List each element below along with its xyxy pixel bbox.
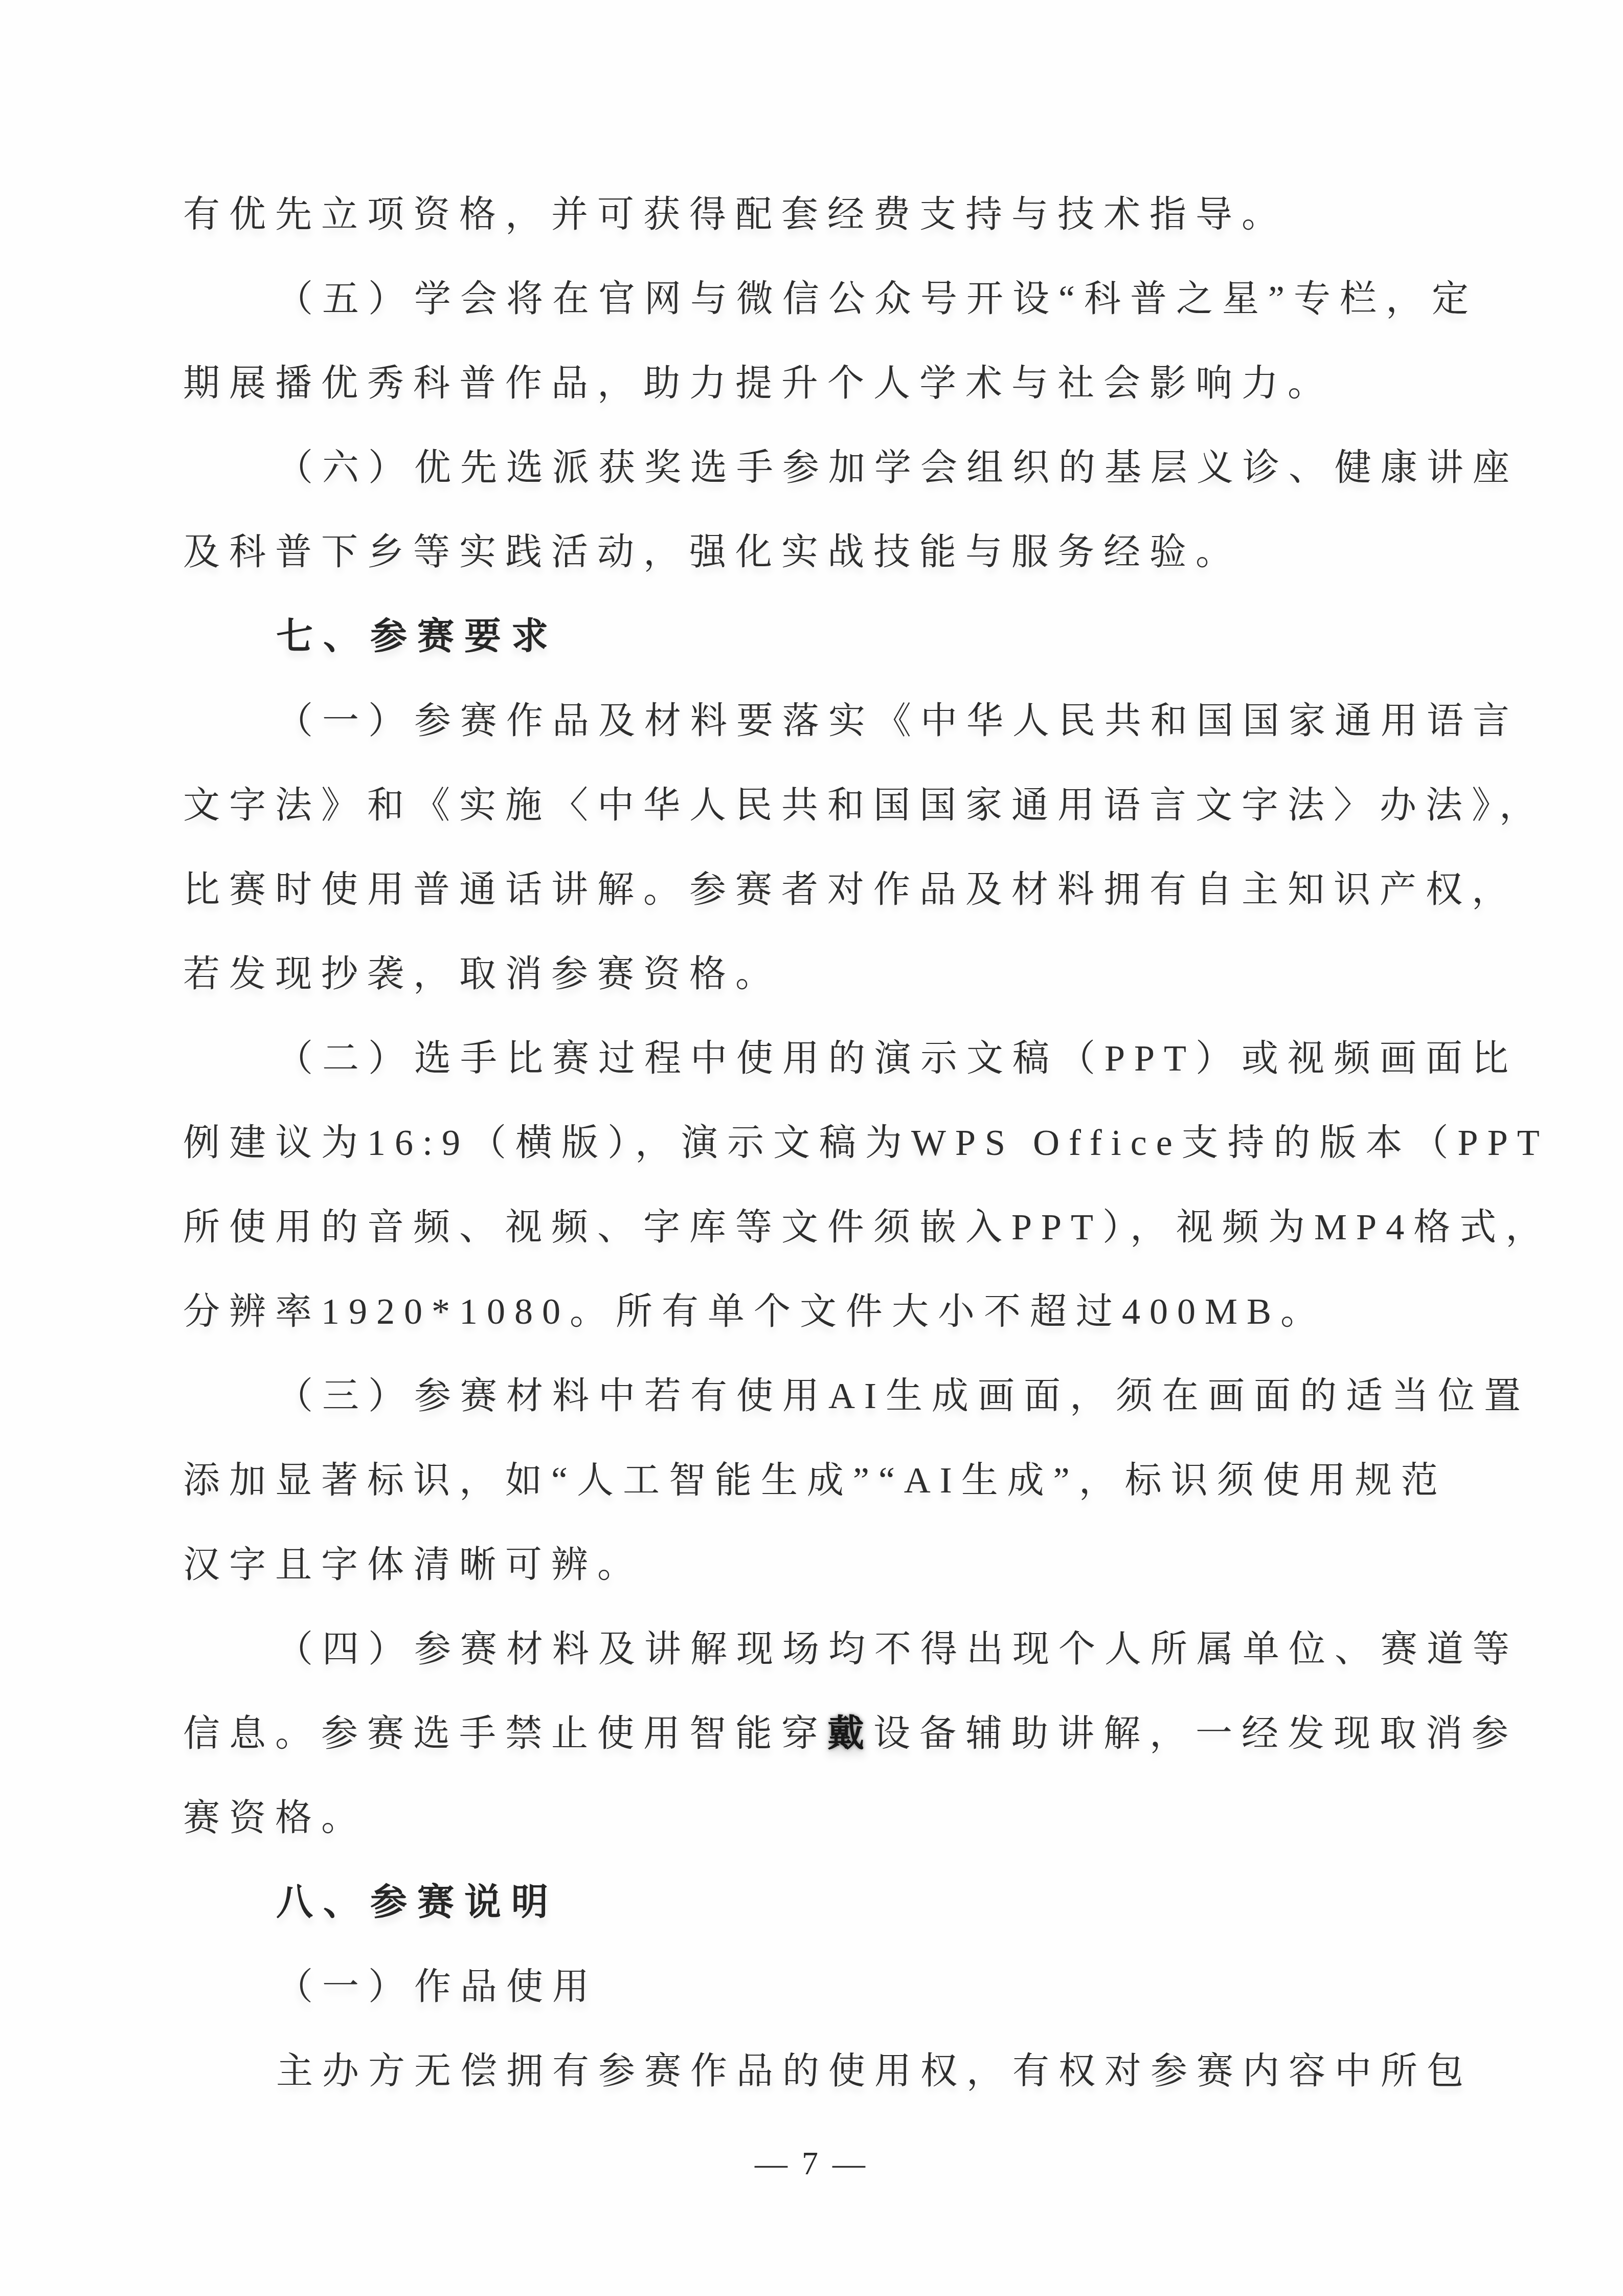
body-line-segment: 设备辅助讲解，一经发现取消参 bbox=[873, 1713, 1518, 1754]
body-line: 例建议为16:9（横版），演示文稿为WPS Office支持的版本（PPT bbox=[183, 1101, 1513, 1185]
body-line-segment: 信息。参赛选手禁止使用智能穿 bbox=[183, 1713, 827, 1754]
body-line: 汉字且字体清晰可辨。 bbox=[183, 1523, 1513, 1607]
subheading-work-usage: （一）作品使用 bbox=[183, 1945, 1513, 2029]
heading-section-8: 八、参赛说明 bbox=[183, 1860, 1513, 1945]
body-line: 有优先立项资格，并可获得配套经费支持与技术指导。 bbox=[183, 172, 1513, 257]
scanned-document-page: 有优先立项资格，并可获得配套经费支持与技术指导。 （五）学会将在官网与微信公众号… bbox=[0, 0, 1623, 2296]
body-line: （四）参赛材料及讲解现场均不得出现个人所属单位、赛道等 bbox=[183, 1607, 1513, 1691]
body-line: 期展播优秀科普作品，助力提升个人学术与社会影响力。 bbox=[183, 341, 1513, 426]
heading-section-7: 七、参赛要求 bbox=[183, 594, 1513, 679]
body-line: 文字法》和《实施〈中华人民共和国国家通用语言文字法〉办法》， bbox=[183, 763, 1513, 848]
page-number-footer: — 7 — bbox=[0, 2138, 1623, 2189]
body-line: 分辨率1920*1080。所有单个文件大小不超过400MB。 bbox=[183, 1269, 1513, 1354]
body-line: （五）学会将在官网与微信公众号开设“科普之星”专栏，定 bbox=[183, 257, 1513, 341]
body-line: 及科普下乡等实践活动，强化实战技能与服务经验。 bbox=[183, 510, 1513, 594]
body-line: 信息。参赛选手禁止使用智能穿戴设备辅助讲解，一经发现取消参 bbox=[183, 1691, 1513, 1776]
body-line: （二）选手比赛过程中使用的演示文稿（PPT）或视频画面比 bbox=[183, 1016, 1513, 1101]
body-line: （一）参赛作品及材料要落实《中华人民共和国国家通用语言 bbox=[183, 679, 1513, 763]
body-line: 赛资格。 bbox=[183, 1776, 1513, 1860]
document-body: 有优先立项资格，并可获得配套经费支持与技术指导。 （五）学会将在官网与微信公众号… bbox=[183, 172, 1513, 2113]
body-line: 比赛时使用普通话讲解。参赛者对作品及材料拥有自主知识产权， bbox=[183, 848, 1513, 932]
page-number: — 7 — bbox=[755, 2145, 868, 2181]
body-line: 所使用的音频、视频、字库等文件须嵌入PPT），视频为MP4格式， bbox=[183, 1185, 1513, 1269]
body-line: （三）参赛材料中若有使用AI生成画面，须在画面的适当位置 bbox=[183, 1354, 1513, 1438]
body-line: 添加显著标识，如“人工智能生成”“AI生成”，标识须使用规范 bbox=[183, 1438, 1513, 1523]
smudged-character: 戴 bbox=[827, 1713, 873, 1754]
body-line: 若发现抄袭，取消参赛资格。 bbox=[183, 932, 1513, 1016]
body-line: （六）优先选派获奖选手参加学会组织的基层义诊、健康讲座 bbox=[183, 426, 1513, 510]
body-line: 主办方无偿拥有参赛作品的使用权，有权对参赛内容中所包 bbox=[183, 2029, 1513, 2113]
